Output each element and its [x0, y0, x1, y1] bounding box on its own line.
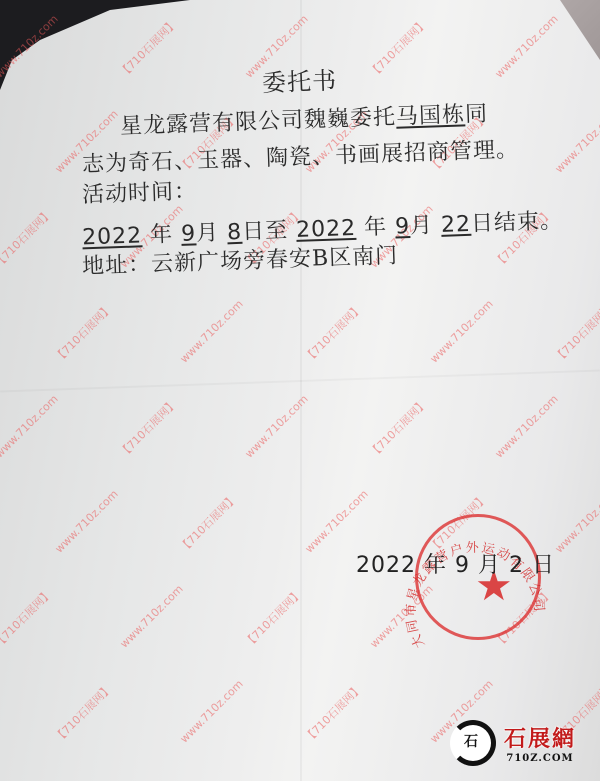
- address-label: 地址：: [82, 252, 152, 279]
- day-to-label: 日至: [242, 218, 289, 245]
- logo-mark-glyph: 石: [464, 731, 478, 751]
- month-label: 月: [410, 213, 434, 239]
- logo-name: 石展網: [504, 722, 576, 753]
- document-title: 委托书: [261, 61, 337, 99]
- end-year: 2022: [296, 216, 357, 243]
- delegate-name: 马国栋: [396, 102, 466, 129]
- logo-mark-icon: 石: [450, 720, 496, 766]
- start-month: 9: [181, 221, 197, 247]
- start-year: 2022: [82, 223, 143, 250]
- end-month: 9: [395, 214, 411, 240]
- end-day: 22: [441, 212, 472, 238]
- year-label: 年: [364, 215, 388, 241]
- line1-suffix: 同: [465, 102, 489, 128]
- site-logo: 石 石展網 710Z.COM: [450, 720, 576, 766]
- logo-url: 710Z.COM: [504, 753, 576, 764]
- end-label: 日结束。: [471, 209, 564, 237]
- start-day: 8: [227, 220, 243, 246]
- year-label: 年: [150, 222, 174, 248]
- signature-date: 2022 年 9 月 2 日: [356, 548, 555, 579]
- document-line-3: 活动时间：: [81, 174, 197, 209]
- month-label: 月: [196, 221, 220, 247]
